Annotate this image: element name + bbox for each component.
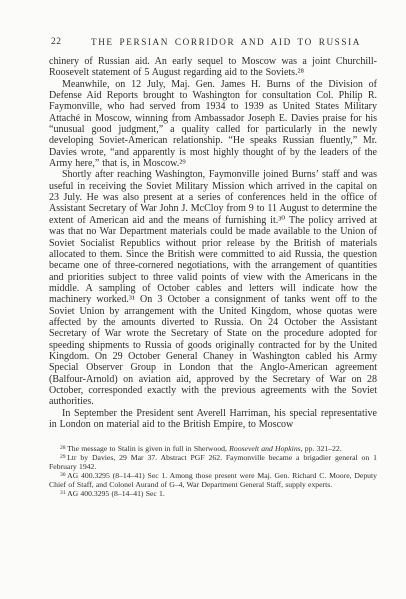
footnote-marker: 29 (60, 454, 66, 460)
footnote-text: , pp. 321–22. (301, 444, 342, 453)
footnote-text: The message to Stalin is given in full i… (67, 444, 229, 453)
running-head: THE PERSIAN CORRIDOR AND AID TO RUSSIA (49, 37, 377, 47)
paragraph: In September the President sent Averell … (49, 408, 377, 431)
text-column: 22 THE PERSIAN CORRIDOR AND AID TO RUSSI… (49, 37, 377, 499)
footnote-text: AG 400.3295 (8–14–41) Sec 1. (67, 489, 165, 498)
footnote-text: AG 400.3295 (8–14–41) Sec 1. Among those… (49, 471, 377, 489)
footnotes: 28The message to Stalin is given in full… (49, 445, 377, 498)
paragraph: Meanwhile, on 12 July, Maj. Gen. James H… (49, 79, 377, 170)
page-header: 22 THE PERSIAN CORRIDOR AND AID TO RUSSI… (49, 37, 377, 49)
footnote-marker: 30 (60, 472, 66, 478)
footnote: 30AG 400.3295 (8–14–41) Sec 1. Among tho… (49, 472, 377, 490)
footnote: 31AG 400.3295 (8–14–41) Sec 1. (49, 490, 377, 499)
book-page: 22 THE PERSIAN CORRIDOR AND AID TO RUSSI… (0, 0, 406, 599)
page-number: 22 (51, 37, 62, 47)
paragraph: chinery of Russian aid. An early sequel … (49, 56, 377, 79)
footnote-italic-title: Roosevelt and Hopkins (229, 444, 300, 453)
body-text: chinery of Russian aid. An early sequel … (49, 56, 377, 499)
footnote: 29Ltr by Davies, 29 Mar 37. Abstract PGF… (49, 454, 377, 472)
footnote-text: Ltr by Davies, 29 Mar 37. Abstract PGF 2… (49, 453, 377, 471)
paragraph: Shortly after reaching Washington, Faymo… (49, 169, 377, 407)
footnote-marker: 31 (60, 490, 66, 496)
footnote-marker: 28 (60, 445, 66, 451)
